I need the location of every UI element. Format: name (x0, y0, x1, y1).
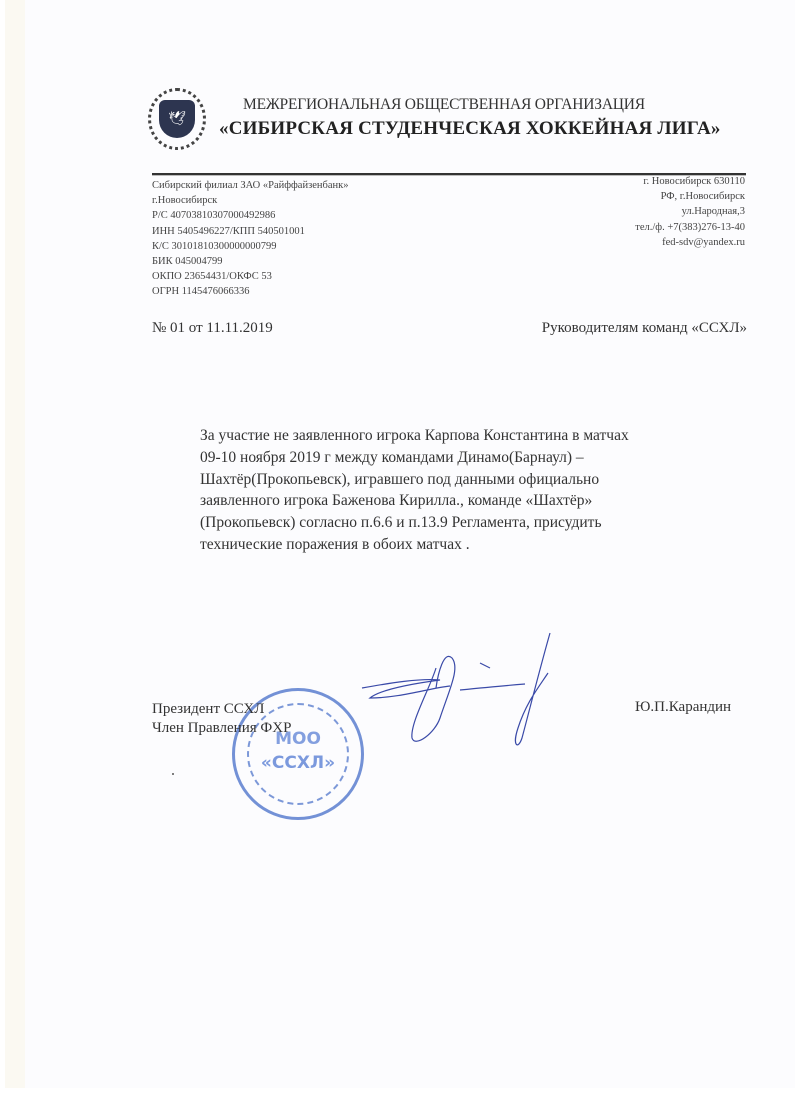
bank-line: Сибирский филиал ЗАО «Райффайзенбанк» (152, 178, 348, 193)
recipient: Руководителям команд «ССХЛ» (542, 320, 747, 337)
bank-line: ОКПО 23654431/ОКФС 53 (152, 269, 348, 284)
body-line: технические поражения в обоих матчах . (200, 534, 760, 556)
org-emblem-icon: 🕊 (148, 88, 206, 150)
bird-emblem-icon: 🕊 (159, 100, 195, 138)
address-line: ул.Народная,3 (635, 204, 745, 219)
org-address: г. Новосибирск 630110 РФ, г.Новосибирск … (635, 174, 745, 250)
scan-speck (172, 773, 174, 775)
bank-line: Р/С 40703810307000492986 (152, 208, 348, 223)
signer-name: Ю.П.Карандин (635, 699, 731, 716)
bank-line: г.Новосибирск (152, 193, 348, 208)
handwritten-signature (340, 628, 580, 758)
bank-line: ОГРН 1145476066336 (152, 284, 348, 299)
body-line: заявленного игрока Баженова Кирилла., ко… (200, 490, 760, 512)
email-link[interactable]: fed-sdv@yandex.ru (635, 235, 745, 250)
address-line: РФ, г.Новосибирск (635, 189, 745, 204)
bank-line: К/С 30101810300000000799 (152, 239, 348, 254)
bank-details: Сибирский филиал ЗАО «Райффайзенбанк» г.… (152, 178, 348, 300)
position-board-member: Член Правления ФХР (152, 719, 291, 738)
org-name: «СИБИРСКАЯ СТУДЕНЧЕСКАЯ ХОККЕЙНАЯ ЛИГА» (219, 118, 721, 140)
body-line: (Прокопьевск) согласно п.6.6 и п.13.9 Ре… (200, 512, 760, 534)
position-president: Президент ССХЛ (152, 700, 291, 719)
body-line: Шахтёр(Прокопьевск), игравшего под данны… (200, 469, 760, 491)
address-line: тел./ф. +7(383)276-13-40 (635, 220, 745, 235)
body-line: За участие не заявленного игрока Карпова… (200, 425, 760, 447)
bank-line: ИНН 5405496227/КПП 540501001 (152, 224, 348, 239)
body-line: 09-10 ноября 2019 г между командами Дина… (200, 447, 760, 469)
document-number: № 01 от 11.11.2019 (152, 320, 273, 337)
bank-line: БИК 045004799 (152, 254, 348, 269)
address-line: г. Новосибирск 630110 (635, 174, 745, 189)
document-body: За участие не заявленного игрока Карпова… (200, 425, 760, 556)
signer-positions: Президент ССХЛ Член Правления ФХР (152, 700, 291, 738)
org-type: МЕЖРЕГИОНАЛЬНАЯ ОБЩЕСТВЕННАЯ ОРГАНИЗАЦИЯ (243, 96, 645, 114)
